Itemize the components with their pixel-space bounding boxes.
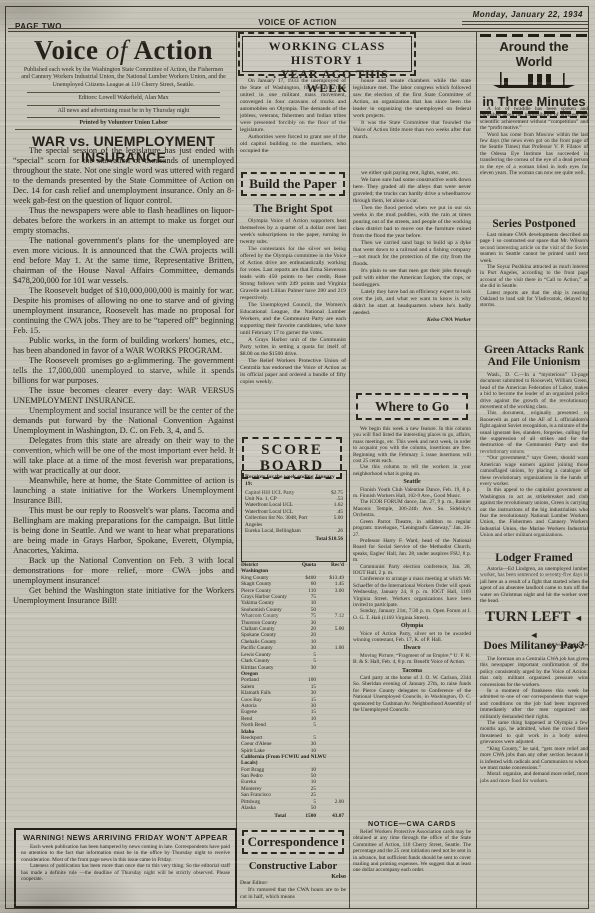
editorial-paragraph: Get behind the Washington state initiati… xyxy=(13,586,234,606)
series-paragraph: The Soyuz Pushkina attracted as much int… xyxy=(480,264,588,290)
district-recd: 5.00 xyxy=(316,626,344,632)
warning-body: Each week publication has been hampered … xyxy=(21,844,230,899)
receipt-row: Collection list No. 3048, Port Angeles 5… xyxy=(245,515,343,528)
militancy-headline: Does Militancy Pay? xyxy=(480,640,588,652)
receipt-amount: .26 xyxy=(315,528,343,534)
region-rows-washington: King County$400$13.49Skagit County601.45… xyxy=(241,575,344,671)
militancy-paragraph: “King County,” he said, “gets more relie… xyxy=(480,746,588,772)
lodger-framed-body: Astoria—Ed Lindgren, an unemployed lumbe… xyxy=(480,566,588,606)
warning-heading: WARNING! NEWS ARRIVING FRIDAY WON'T APPE… xyxy=(21,833,230,842)
district-recd: 7.12 xyxy=(316,613,344,619)
header-recd: Rec'd xyxy=(316,562,344,568)
district-name: Kittitas County xyxy=(241,665,292,671)
receipt-name: Collection list No. 3048, Port Angeles xyxy=(245,515,315,528)
total-quota: 1500 xyxy=(292,813,316,819)
lodger-framed-headline: Lodger Framed xyxy=(480,552,588,564)
notice-body: Relief Workers Protective Association ca… xyxy=(353,829,471,905)
city-heading-tacoma: Tacoma xyxy=(353,668,471,674)
letter-paragraph: Then the flood period when we put in our… xyxy=(353,205,471,240)
district-table: District Quota Rec'd Washington King Cou… xyxy=(241,562,344,824)
event-listing: Professor Harry F. Ward, head of the Nat… xyxy=(353,538,471,564)
warning-paragraph: Lateness of publication has been more th… xyxy=(21,863,230,882)
newspaper-page: PAGE TWO VOICE OF ACTION Monday, January… xyxy=(0,0,595,913)
around-world-body: A lot of twaddle has been spoken and pub… xyxy=(480,106,588,216)
militancy-paragraph: In a moment of frankness this week he ad… xyxy=(480,688,588,720)
event-listing: Moving Picture, “Fragment of an Empire,”… xyxy=(353,653,471,666)
event-listing: Voice of Action Party, silver set to be … xyxy=(353,631,471,644)
editorial-paragraph: Unemployment and social insurance will b… xyxy=(13,406,234,436)
where-to-go-title: Where to Go xyxy=(358,399,466,414)
masthead-printed-by: Printed by Volunteer Union Labor xyxy=(13,120,234,127)
letter-paragraph: It's plain to see that men got their job… xyxy=(353,268,471,289)
history-box: WORKING CLASS HISTORY 1 . . YEAR AGO THI… xyxy=(242,36,412,72)
series-paragraph: Last minute CWA developments described o… xyxy=(480,232,588,264)
where-to-go-body: We begin this week a new feature. In thi… xyxy=(353,426,471,816)
total-recd: 43.07 xyxy=(316,813,344,819)
receipt-row: Eureka Local, Bellingham .26 xyxy=(245,528,343,534)
editorial-body: The special session of the legislature h… xyxy=(13,146,234,822)
listings-ilwaco: Moving Picture, “Fragment of an Empire,”… xyxy=(353,653,471,666)
issue-date: Monday, January 22, 1934 xyxy=(473,10,583,19)
district-name: North Bend xyxy=(241,722,292,728)
receipts-box: Receipts for the week ending January 19:… xyxy=(241,470,347,562)
bright-spot-paragraph: A Grays Harbor unit of the Communist Par… xyxy=(240,337,346,358)
letter-byline: Kelso xyxy=(240,873,346,880)
date-underline-2 xyxy=(462,24,588,25)
notice-paragraph: Relief Workers Protective Association ca… xyxy=(353,829,471,874)
around-world-paragraph: A lot of twaddle has been spoken and pub… xyxy=(480,106,588,132)
event-listing: The ICOR FORUM dance, Jan. 27, 9 p. m., … xyxy=(353,499,471,518)
event-listing: Conference to arrange a mass meeting at … xyxy=(353,576,471,608)
masthead-editors: Editors: Lowell Wakefield, Alan Max xyxy=(13,95,234,102)
column-rule-3 xyxy=(476,31,477,908)
date-underline xyxy=(462,21,588,22)
masthead-title: Voice of Action xyxy=(13,35,234,66)
receipt-name: Eureka Local, Bellingham xyxy=(245,528,315,534)
history-column-right: house and senate chambers while the stat… xyxy=(353,78,471,168)
editorial-paragraph: The national government's plans for the … xyxy=(13,236,234,286)
receipts-total: Total $10.56 xyxy=(245,536,343,542)
green-attacks-paragraph: “Our government,” says Green, should war… xyxy=(480,455,588,487)
green-attacks-paragraph: In this appeal to the capitalist governm… xyxy=(480,487,588,538)
notice-heading: NOTICE—CWA CARDS xyxy=(353,819,471,828)
lodger-paragraph: Astoria—Ed Lindgren, an unemployed lumbe… xyxy=(480,566,588,604)
district-recd: 3.00 xyxy=(316,588,344,594)
region-rows-idaho: Reedsport5Coeur d'Alene30Spirit Lake10 xyxy=(241,735,344,754)
editorial-paragraph: The Roosevelt budget of $10,000,000,000 … xyxy=(13,286,234,336)
where-to-go-box: Where to Go xyxy=(356,393,468,420)
divider xyxy=(27,92,220,93)
letter-continuation-paragraphs: we either quit paying rent, lights, wate… xyxy=(353,170,471,317)
region-rows-california: Fort Bragg10San Pedro50Eureka10Monterey2… xyxy=(241,767,344,812)
letter-paragraph: It's rumored that the CWA hours are to b… xyxy=(240,887,346,901)
build-paper-title: Build the Paper xyxy=(245,177,341,191)
table-total-row: Total 1500 43.07 xyxy=(241,813,344,819)
militancy-paragraph: The foreman on a Centralia CWA job has g… xyxy=(480,656,588,688)
divider xyxy=(27,105,220,106)
masthead-word-of: of xyxy=(106,35,128,65)
editorial-paragraph: Delegates from this state are already on… xyxy=(13,436,234,476)
editorial-paragraph: Meanwhile, here at home, the State Commi… xyxy=(13,476,234,506)
editorial-paragraph: Thus the newspapers were able to flash h… xyxy=(13,206,234,236)
column-rule-1 xyxy=(236,31,237,908)
warning-paragraph: Each week publication has been hampered … xyxy=(21,844,230,863)
bright-spot-paragraph: The Unemployed Council, the Women's Educ… xyxy=(240,302,346,337)
editorial-paragraph: Back up the National Convention on Feb. … xyxy=(13,556,234,586)
table-row: Alaska50 xyxy=(241,805,344,811)
receipts-list: Capitol Hill UCL Party $2.75 Unit No. 1,… xyxy=(245,490,343,535)
header-quota: Quota xyxy=(292,562,316,568)
around-world-paragraph: Word has come from Moscow within the las… xyxy=(480,132,588,177)
divider xyxy=(27,117,220,118)
editorial-paragraph: The issue becomes clearer every day: WAR… xyxy=(13,386,234,406)
letter-signature: Kelso CWA Worker xyxy=(353,317,471,324)
militancy-body: The foreman on a Centralia CWA job has g… xyxy=(480,656,588,904)
masthead-word-action: Action xyxy=(134,35,214,65)
series-paragraph: Latest reports are that the ship is near… xyxy=(480,290,588,309)
bright-spot-headline: The Bright Spot xyxy=(240,203,346,215)
editorial-paragraph: The special session of the legislature h… xyxy=(13,146,234,206)
around-world-title-1: Around the World xyxy=(480,39,588,69)
event-listing: Sunday, January 21st, 7:30 p. m. Open Fo… xyxy=(353,608,471,621)
militancy-paragraph: The same thing happened at Olympia a few… xyxy=(480,720,588,746)
bright-spot-paragraph: The Relief Workers Protective Union of C… xyxy=(240,358,346,386)
green-attacks-line1: Green Attacks Rank xyxy=(480,344,588,356)
letter-headline: Constructive Labor xyxy=(240,861,346,873)
city-heading-ilwaco: Ilwaco xyxy=(353,645,471,651)
district-recd: 2.00 xyxy=(316,799,344,805)
correspondence-box: Correspondence xyxy=(242,830,344,854)
divider xyxy=(15,129,232,130)
history-title-line1: WORKING CLASS HISTORY 1 xyxy=(243,39,411,67)
militancy-paragraph: Moral: organize, and demand more relief,… xyxy=(480,771,588,784)
green-attacks-paragraph: Wash., D. C.—In a “mysterious” 13-page d… xyxy=(480,372,588,410)
bright-spot-paragraph: Olympia Voice of Action supporters beat … xyxy=(240,218,346,246)
green-attacks-line2: And File Unionism xyxy=(480,356,588,368)
series-postponed-headline: Series Postponed xyxy=(480,218,588,230)
receipts-heading: Receipts for the week ending January 19: xyxy=(245,474,343,488)
letter-paragraph: Then we carried sand bags to build up a … xyxy=(353,240,471,268)
bright-spot-paragraph: The contestants for the silver set being… xyxy=(240,246,346,302)
masthead-publisher-line: Published each week by the Washington St… xyxy=(13,66,234,90)
letter-paragraph: We have sure had some constructive work … xyxy=(353,177,471,205)
where-to-go-intro: We begin this week a new feature. In thi… xyxy=(353,426,471,477)
letter-first-paragraph: It's rumored that the CWA hours are to b… xyxy=(240,887,346,903)
letter-opening: Dear Editor: xyxy=(240,880,346,887)
turn-left-text: TURN LEFT xyxy=(485,609,570,625)
district-quota: 5 xyxy=(292,722,316,728)
city-heading-olympia: Olympia xyxy=(353,623,471,629)
correspondence-title: Correspondence xyxy=(245,835,341,849)
editorial-paragraph: The Roosevelt promises go a-glimmering. … xyxy=(13,356,234,386)
editorial-paragraph: This must be our reply to Roosvelt's war… xyxy=(13,506,234,556)
event-listing: Communist Party election conference, Jan… xyxy=(353,564,471,577)
region-label: California (From FCWIU and NLWU Locals) xyxy=(241,754,344,766)
build-paper-box: Build the Paper xyxy=(241,172,345,196)
steamship-icon xyxy=(480,70,588,93)
history-paragraph: Authorities were forced to grant use of … xyxy=(240,134,346,155)
event-listing: Finnish Youth Club Valentine Dance, Feb.… xyxy=(353,487,471,500)
series-postponed-body: Last minute CWA developments described o… xyxy=(480,232,588,342)
green-attacks-paragraph: This document, originally presented to R… xyxy=(480,410,588,455)
history-paragraph: It was the State Committee that founded … xyxy=(353,120,471,141)
warning-box: WARNING! NEWS ARRIVING FRIDAY WON'T APPE… xyxy=(14,828,237,908)
turn-left-headline: TURN LEFT ◄ ◄ xyxy=(480,609,588,643)
event-listing: Green Parrot Theatre, in addition to reg… xyxy=(353,519,471,538)
where-paragraph: Use this column to tell the workers in y… xyxy=(353,464,471,477)
masthead-deadline: All news and advertising must be in by T… xyxy=(13,108,234,115)
correspondence-section: Constructive Labor Kelso Dear Editor: It… xyxy=(240,861,346,903)
letter-paragraph: we either quit paying rent, lights, wate… xyxy=(353,170,471,177)
region-rows-oregon: Portland100Salem15Klamath Falls30Coos Ba… xyxy=(241,677,344,728)
receipt-amount: 5.00 xyxy=(315,515,343,521)
district-recd: 1.00 xyxy=(316,645,344,651)
masthead-word-voice: Voice xyxy=(34,35,99,65)
where-paragraph: We begin this week a new feature. In thi… xyxy=(353,426,471,464)
listings-olympia: Voice of Action Party, silver set to be … xyxy=(353,631,471,644)
history-paragraph: On January 17, 1933 the unemployed of th… xyxy=(240,78,346,134)
district-quota: 30 xyxy=(292,665,316,671)
green-attacks-body: Wash., D. C.—In a “mysterious” 13-page d… xyxy=(480,372,588,550)
city-heading-seattle: Seattle xyxy=(353,479,471,485)
column-rule-2 xyxy=(349,76,350,908)
district-name: Alaska xyxy=(241,805,292,811)
letter-paragraph: Lately they have had an efficiency exper… xyxy=(353,289,471,317)
header-rule-1 xyxy=(8,28,588,29)
history-column-left: On January 17, 1933 the unemployed of th… xyxy=(240,78,346,168)
total-label: Total xyxy=(241,813,292,819)
bright-spot-body: Olympia Voice of Action supporters beat … xyxy=(240,218,346,430)
event-listing: Card party at the home of J. O. W. Carls… xyxy=(353,675,471,713)
editorial-paragraph: Public works, in the form of building wo… xyxy=(13,336,234,356)
green-attacks-headline: Green Attacks Rank And File Unionism xyxy=(480,344,588,368)
paper-name-header: VOICE OF ACTION xyxy=(0,18,595,27)
listings-seattle: Finnish Youth Club Valentine Dance, Feb.… xyxy=(353,487,471,622)
district-quota: 50 xyxy=(292,805,316,811)
history-paragraph: house and senate chambers while the stat… xyxy=(353,78,471,120)
listings-tacoma: Card party at the home of J. O. W. Carls… xyxy=(353,675,471,713)
header-rule-2 xyxy=(8,31,588,32)
dashed-rule xyxy=(480,34,588,37)
letter-continuation: we either quit paying rent, lights, wate… xyxy=(353,170,471,388)
